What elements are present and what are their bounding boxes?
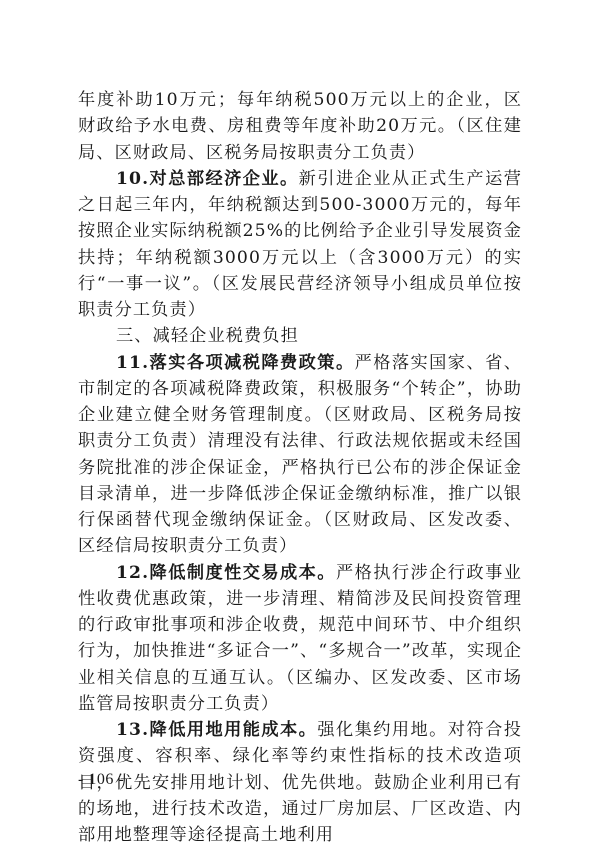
item-heading: 10.对总部经济企业。	[116, 169, 299, 189]
paragraph-continuation: 年度补助10万元；每年纳税500万元以上的企业，区财政给予水电费、房租费等年度补…	[78, 87, 522, 166]
section-heading: 三、减轻企业税费负担	[78, 323, 522, 349]
paragraph-text: 新引进企业从正式生产运营之日起三年内，年纳税额达到500-3000万元的，每年按…	[78, 169, 522, 320]
paragraph-item-11: 11.落实各项减税降费政策。严格落实国家、省、市制定的各项减税降费政策，积极服务…	[78, 350, 522, 560]
paragraph-item-10: 10.对总部经济企业。新引进企业从正式生产运营之日起三年内，年纳税额达到500-…	[78, 166, 522, 324]
document-page: 年度补助10万元；每年纳税500万元以上的企业，区财政给予水电费、房租费等年度补…	[78, 87, 522, 847]
paragraph-text: 严格执行涉企行政事业性收费优惠政策，进一步清理、精简涉及民间投资管理的行政审批事…	[78, 563, 522, 714]
paragraph-text: 严格落实国家、省、市制定的各项减税降费政策，积极服务“个转企”，协助企业建立健全…	[78, 353, 522, 557]
page-number: - 106 -	[78, 771, 124, 789]
paragraph-text: 年度补助10万元；每年纳税500万元以上的企业，区财政给予水电费、房租费等年度补…	[78, 90, 522, 163]
item-heading: 13.降低用地用能成本。	[116, 720, 317, 740]
paragraph-item-12: 12.降低制度性交易成本。严格执行涉企行政事业性收费优惠政策，进一步清理、精简涉…	[78, 560, 522, 718]
item-heading: 12.降低制度性交易成本。	[116, 563, 336, 583]
paragraph-item-13: 13.降低用地用能成本。强化集约用地。对符合投资强度、容积率、绿化率等约束性指标…	[78, 717, 522, 847]
item-heading: 11.落实各项减税降费政策。	[116, 353, 355, 373]
